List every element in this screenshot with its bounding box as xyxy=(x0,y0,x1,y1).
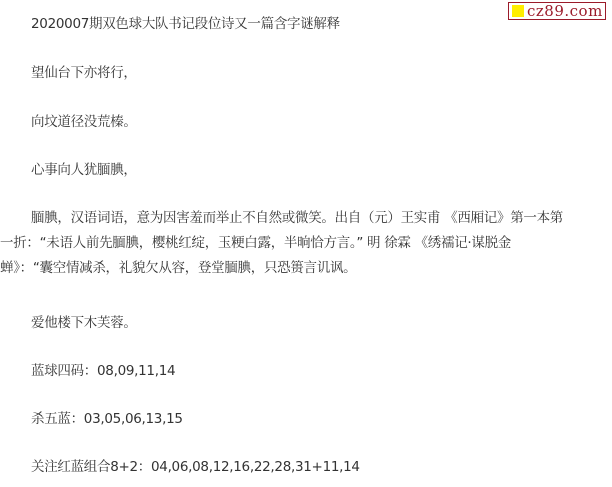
poem-line-1: 望仙台下亦将行， xyxy=(31,65,137,81)
explanation-line-2: 一折：“未语人前先腼腆，樱桃红绽，玉粳白露，半晌恰方言。” 明 徐霖 《绣襦记·… xyxy=(0,231,612,256)
yellow-square-icon xyxy=(512,5,524,17)
kill-five-blue: 杀五蓝：03,05,06,13,15 xyxy=(31,411,183,427)
poem-line-3: 心事向人犹腼腆， xyxy=(31,162,137,178)
blue-four-codes: 蓝球四码：08,09,11,14 xyxy=(31,363,175,379)
explanation-paragraph: 腼腆，汉语词语，意为因害羞而举止不自然或微笑。出自（元）王实甫 《西厢记》第一本… xyxy=(0,206,612,281)
poem-line-2: 向坟道径没荒榛。 xyxy=(31,114,137,130)
poem-line-4: 爱他楼下木芙蓉。 xyxy=(31,315,137,331)
site-watermark: cz89.com xyxy=(508,2,606,20)
article-title: 2020007期双色球大队书记段位诗又一篇含字谜解释 xyxy=(31,16,340,32)
explanation-line-1: 腼腆，汉语词语，意为因害羞而举止不自然或微笑。出自（元）王实甫 《西厢记》第一本… xyxy=(0,206,612,231)
explanation-line-3: 蝉》：“囊空情减杀，礼貌欠从容，登堂腼腆，只恐篑言讥讽。 xyxy=(0,256,612,281)
red-blue-combo: 关注红蓝组合8+2：04,06,08,12,16,22,28,31+11,14 xyxy=(31,459,360,475)
watermark-text: cz89.com xyxy=(527,3,603,19)
